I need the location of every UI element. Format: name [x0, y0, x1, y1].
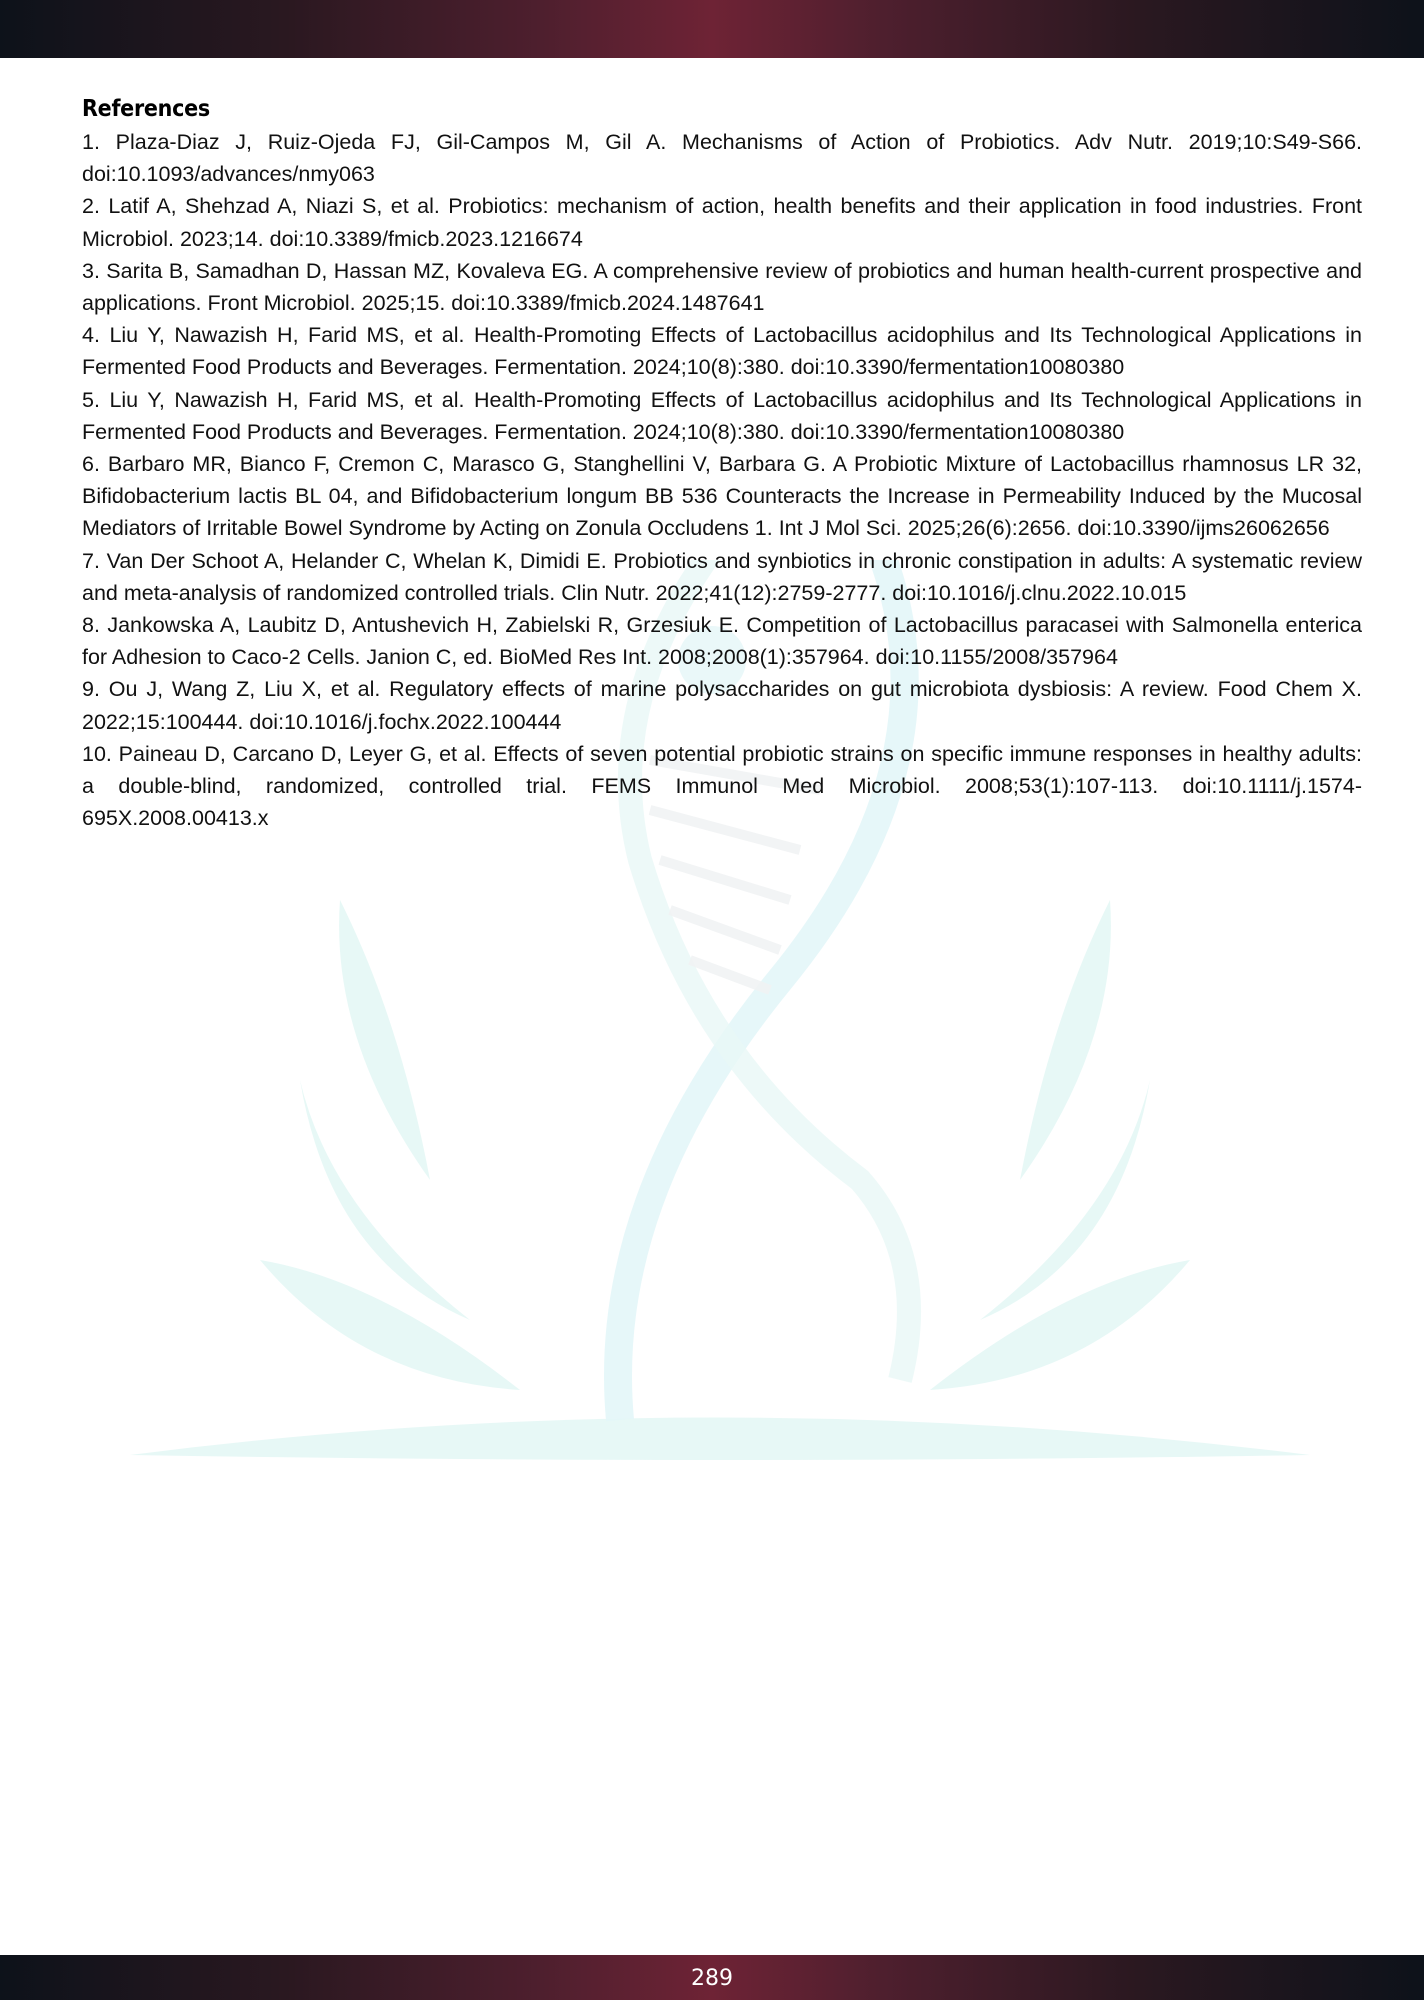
reference-item-7: 7. Van Der Schoot A, Helander C, Whelan …: [82, 545, 1362, 609]
reference-item-1: 1. Plaza-Diaz J, Ruiz-Ojeda FJ, Gil-Camp…: [82, 126, 1362, 190]
section-title: References: [82, 94, 1234, 124]
reference-item-8: 8. Jankowska A, Laubitz D, Antushevich H…: [82, 609, 1362, 673]
page-number: 289: [691, 1966, 733, 1991]
reference-item-10: 10. Paineau D, Carcano D, Leyer G, et al…: [82, 738, 1362, 835]
reference-item-6: 6. Barbaro MR, Bianco F, Cremon C, Maras…: [82, 448, 1362, 545]
reference-item-4: 4. Liu Y, Nawazish H, Farid MS, et al. H…: [82, 319, 1362, 383]
reference-item-9: 9. Ou J, Wang Z, Liu X, et al. Regulator…: [82, 673, 1362, 737]
reference-item-2: 2. Latif A, Shehzad A, Niazi S, et al. P…: [82, 190, 1362, 254]
reference-item-3: 3. Sarita B, Samadhan D, Hassan MZ, Kova…: [82, 255, 1362, 319]
references-section: References 1. Plaza-Diaz J, Ruiz-Ojeda F…: [82, 94, 1362, 834]
header-band: [0, 0, 1424, 58]
reference-item-5: 5. Liu Y, Nawazish H, Farid MS, et al. H…: [82, 384, 1362, 448]
footer-band: 289: [0, 1955, 1424, 2000]
